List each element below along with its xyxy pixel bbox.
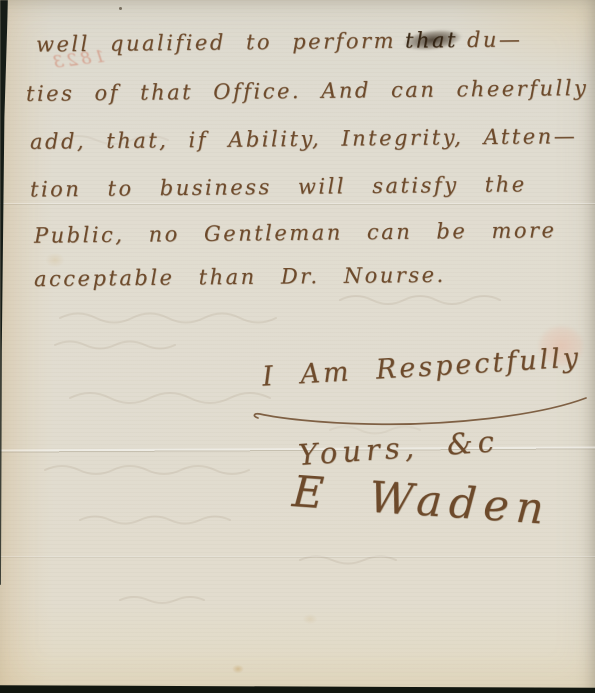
body-line-1: well qualified to performthatdu—	[36, 27, 523, 56]
letter-scan: 1823 well qualified to performthatdu— ti…	[0, 0, 595, 693]
body-line-6: acceptable than Dr. Nourse.	[34, 263, 446, 291]
ink-speck	[119, 7, 122, 10]
line-1-text: well qualified to perform	[36, 29, 396, 57]
struck-out-word: that	[405, 28, 458, 53]
line-1-continuation: du—	[467, 27, 523, 52]
